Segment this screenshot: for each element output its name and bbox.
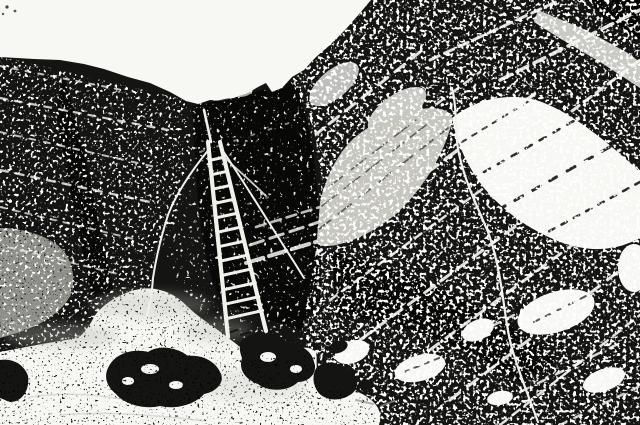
right-rock-slope: [290, 0, 640, 425]
photograph: High-contrast black-and-white photograph…: [0, 0, 640, 425]
boulder: [358, 380, 374, 390]
slope-grain: [290, 0, 640, 425]
slab-grain: [0, 220, 95, 340]
scene-svg: High-contrast black-and-white photograph…: [0, 0, 640, 425]
